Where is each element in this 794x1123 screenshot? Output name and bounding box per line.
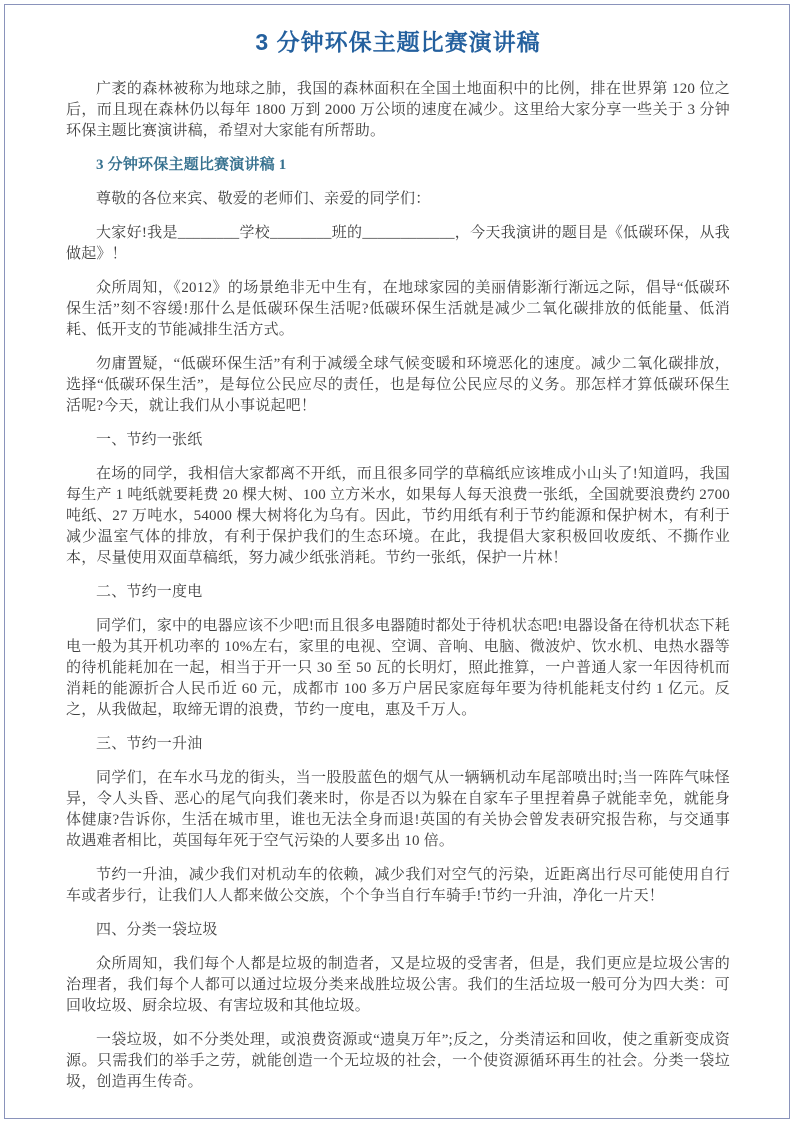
paragraph: 在场的同学，我相信大家都离不开纸，而且很多同学的草稿纸应该堆成小山头了!知道吗，… bbox=[66, 464, 730, 569]
paragraph: 广袤的森林被称为地球之肺，我国的森林面积在全国土地面积中的比例，排在世界第 12… bbox=[66, 79, 730, 142]
paragraph: 同学们，在车水马龙的街头，当一股股蓝色的烟气从一辆辆机动车尾部喷出时;当一阵阵气… bbox=[66, 768, 730, 852]
paragraph: 节约一升油，减少我们对机动车的依赖，减少我们对空气的污染，近距离出行尽可能使用自… bbox=[66, 865, 730, 907]
paragraph: 一袋垃圾，如不分类处理，或浪费资源或“遗臭万年”;反之，分类清运和回收，使之重新… bbox=[66, 1030, 730, 1093]
paragraph: 一、节约一张纸 bbox=[66, 430, 730, 451]
document-title: 3 分钟环保主题比赛演讲稿 bbox=[66, 24, 730, 57]
paragraph: 二、节约一度电 bbox=[66, 582, 730, 603]
paragraph: 同学们，家中的电器应该不少吧!而且很多电器随时都处于待机状态吧!电器设备在待机状… bbox=[66, 616, 730, 721]
document-content: 3 分钟环保主题比赛演讲稿 广袤的森林被称为地球之肺，我国的森林面积在全国土地面… bbox=[66, 24, 730, 1106]
document-page: 3 分钟环保主题比赛演讲稿 广袤的森林被称为地球之肺，我国的森林面积在全国土地面… bbox=[0, 0, 794, 1123]
section-subheading: 3 分钟环保主题比赛演讲稿 1 bbox=[66, 155, 730, 176]
paragraph: 勿庸置疑，“低碳环保生活”有利于减缓全球气候变暖和环境恶化的速度。减少二氧化碳排… bbox=[66, 354, 730, 417]
paragraph: 大家好!我是________学校________班的____________，今… bbox=[66, 223, 730, 265]
paragraph: 尊敬的各位来宾、敬爱的老师们、亲爱的同学们： bbox=[66, 189, 730, 210]
paragraph-list: 广袤的森林被称为地球之肺，我国的森林面积在全国土地面积中的比例，排在世界第 12… bbox=[66, 79, 730, 1093]
paragraph: 众所周知，我们每个人都是垃圾的制造者，又是垃圾的受害者，但是，我们更应是垃圾公害… bbox=[66, 954, 730, 1017]
paragraph: 三、节约一升油 bbox=[66, 734, 730, 755]
paragraph: 众所周知，《2012》的场景绝非无中生有，在地球家园的美丽倩影渐行渐远之际，倡导… bbox=[66, 278, 730, 341]
paragraph: 四、分类一袋垃圾 bbox=[66, 920, 730, 941]
